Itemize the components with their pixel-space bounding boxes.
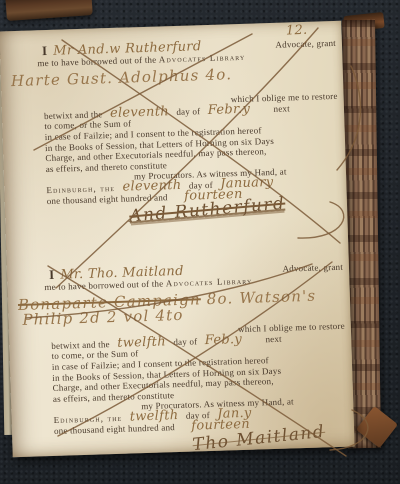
borrow-entry-2: I Mr. Tho. Maitland Advocate, grant me t… xyxy=(49,261,349,453)
book-spine-fragment xyxy=(5,0,93,21)
printed-next: next xyxy=(265,334,282,345)
printed-day-of: day of xyxy=(176,106,200,117)
entry1-due-month: Febr.y xyxy=(208,101,251,117)
printed-I: I xyxy=(42,46,48,57)
printed-advocate-grant: Advocate, grant xyxy=(275,38,336,50)
printed-next: next xyxy=(273,103,290,114)
borrow-entry-1: I Mr And.w Rutherfurd Advocate, grant me… xyxy=(42,37,341,223)
printed-day-of: day of xyxy=(173,336,197,347)
printed-I: I xyxy=(49,270,55,281)
entry2-title-format: 8o. xyxy=(207,289,234,308)
register-page: 12. I Mr And.w Rutherfurd Advocate, gran… xyxy=(0,21,355,458)
entry2-due-month: Feb.y xyxy=(204,332,242,348)
photographed-register-scene: 12. I Mr And.w Rutherfurd Advocate, gran… xyxy=(0,0,400,484)
entry2-title-after: Watson's xyxy=(239,287,316,307)
printed-advocate-grant: Advocate, grant xyxy=(282,262,343,274)
printed-advocates-library: Advocates Library xyxy=(166,275,253,288)
page-number: 12. xyxy=(286,26,308,37)
entry1-book-title: Harte Gust. Adolphus 4o. xyxy=(11,66,337,86)
printed-advocates-library: Advocates Library xyxy=(159,51,246,64)
